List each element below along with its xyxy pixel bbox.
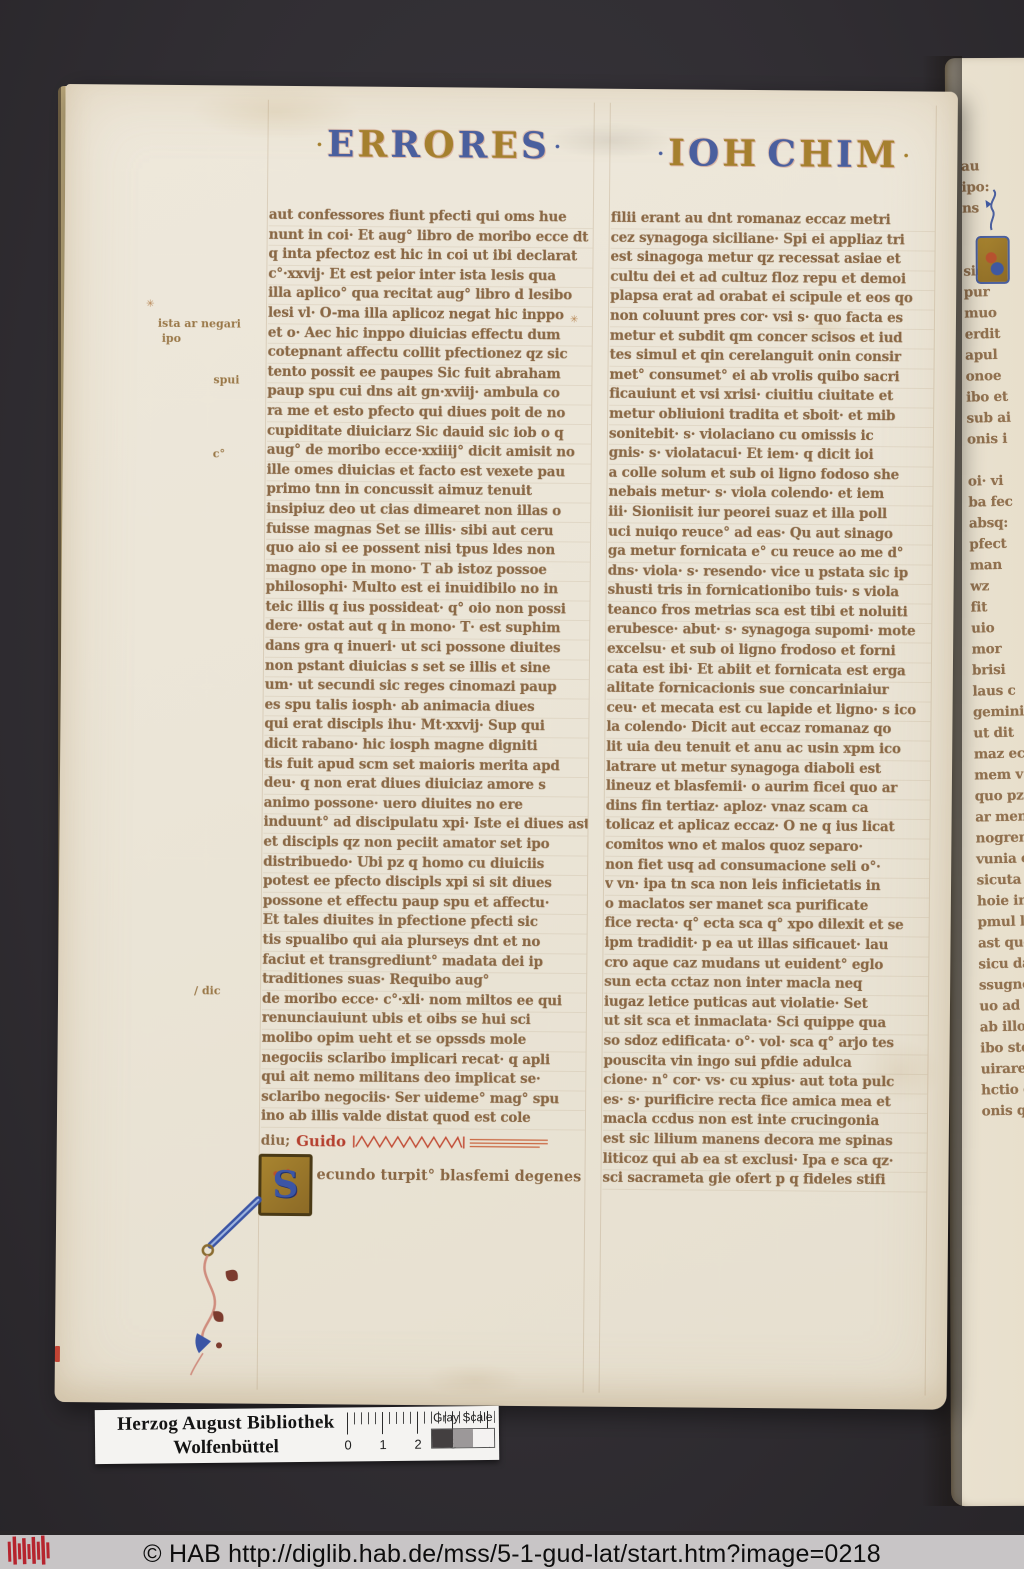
manuscript-line: nogreme [976, 827, 1024, 849]
margin-note: ipo [162, 332, 181, 345]
manuscript-line: onis i [967, 428, 1024, 450]
footer-bar: © HAB http://diglib.hab.de/mss/5-1-gud-l… [0, 1531, 1024, 1569]
manuscript-line: oi· vi [968, 470, 1024, 492]
header-letter: R [457, 124, 490, 166]
gray-swatch-mid [453, 1429, 474, 1447]
manuscript-line: quo pz ist [975, 785, 1024, 807]
manuscript-line: sicuta no [976, 869, 1024, 891]
header-word: IOH [668, 132, 760, 175]
header-letter: O [423, 124, 458, 166]
gray-swatch-dark [432, 1429, 453, 1447]
manuscript-line: man [970, 554, 1024, 576]
manuscript-line: gemini [973, 701, 1024, 723]
margin-note: spui [213, 373, 239, 386]
gray-scale-label: Gray Scale [431, 1410, 495, 1425]
manuscript-line: ipo: [961, 176, 1019, 198]
hab-barcode-logo [6, 1534, 53, 1568]
header-word: ERRORES [327, 123, 550, 167]
manuscript-line: brisi [972, 659, 1024, 681]
manuscript-line: absq: [969, 512, 1024, 534]
manuscript-line: muo [964, 302, 1022, 324]
penwork-dot: · [657, 141, 664, 165]
penwork-dot: · [903, 143, 910, 167]
header-letter: M [856, 134, 899, 176]
ruler-number: 2 [414, 1437, 421, 1452]
library-name: Herzog August Bibliothek Wolfenbüttel [103, 1410, 349, 1460]
margin-star-mark: ✳ [146, 299, 154, 310]
manuscript-line: uio [971, 617, 1024, 639]
header-letter: I [836, 134, 856, 176]
ruler-number: 0 [344, 1437, 351, 1452]
header-letter: R [390, 124, 423, 166]
left-text-column: aut confessores fiunt pfecti qui oms hue… [261, 207, 593, 1132]
scale-card: Herzog August Bibliothek Wolfenbüttel 0 … [95, 1406, 500, 1464]
penwork-dot: · [316, 132, 323, 156]
manuscript-line: ino ab illis valde distat quod est cole [261, 1108, 585, 1130]
rubric-guido: Guido [296, 1132, 346, 1150]
manuscript-line: pmul luc [977, 911, 1024, 933]
running-title-iohchim: · IOH CHIM · [683, 127, 883, 181]
manuscript-line: sub ai [966, 407, 1024, 429]
header-letter: O [688, 132, 723, 174]
header-letter: H [722, 133, 759, 175]
header-letter: R [357, 124, 390, 166]
manuscript-line: ssugno tei [979, 974, 1024, 996]
initial-line-text: ecundo turpit° blasfemi degenes [316, 1166, 581, 1185]
manuscript-line: sci sacrameta gie ofert p q fideles stif… [602, 1170, 926, 1192]
manuscript-line: uo ad frace [979, 995, 1024, 1017]
manuscript-line: ba fec [968, 491, 1024, 513]
manuscript-line: ut dit [973, 722, 1024, 744]
manuscript-line: au [961, 155, 1019, 177]
header-letter: C [767, 133, 799, 175]
manuscript-line: vunia cle [976, 848, 1024, 870]
manuscript-line: onis q in [981, 1100, 1024, 1122]
gray-scale-block: Gray Scale [431, 1410, 495, 1457]
manuscript-line: sicu dan [978, 953, 1024, 975]
running-title-errores: · ERRORES · [333, 118, 543, 172]
right-text-column: filii erant au dnt romanaz eccaz metrice… [602, 210, 935, 1193]
manuscript-line: ns [962, 197, 1020, 219]
guido-rubric-line: diu; Guido [261, 1131, 552, 1154]
initial-flourish-icon [173, 1193, 295, 1379]
penwork-dot: · [554, 134, 561, 158]
manuscript-line: uirares aut [981, 1058, 1024, 1080]
manuscript-line: ast que ea [978, 932, 1024, 954]
manuscript-line: pfect [969, 533, 1024, 555]
copyright-url: © HAB http://diglib.hab.de/mss/5-1-gud-l… [143, 1540, 881, 1569]
margin-note: / dic [194, 984, 221, 997]
manuscript-line: erdit [965, 323, 1023, 345]
manuscript-line: ibo steia leh [980, 1037, 1024, 1059]
manuscript-line: apul [965, 344, 1023, 366]
manuscript-line: onoe [965, 365, 1023, 387]
gray-scale-swatches [431, 1428, 495, 1449]
header-letter: S [521, 125, 550, 167]
red-bookmark-mark [55, 1346, 60, 1362]
margin-note: c° [213, 447, 225, 460]
line-filler-zigzag-icon [352, 1135, 552, 1151]
gray-swatch-light [473, 1429, 494, 1447]
manuscript-line: wz [970, 575, 1024, 597]
manuscript-line: fit [970, 596, 1024, 618]
manuscript-line: hoie ind [977, 890, 1024, 912]
margin-star-mark: ✳ [570, 314, 578, 325]
manuscript-line: mem v [974, 764, 1024, 786]
manuscript-line: mor [971, 638, 1024, 660]
side-decorated-initial [976, 236, 1010, 284]
header-letter: E [490, 125, 521, 167]
header-letter: H [799, 133, 836, 175]
manuscript-line: maz ecc [974, 743, 1024, 765]
header-word: CHIM [767, 133, 899, 176]
header-letter: I [668, 132, 688, 174]
line-prefix: diu; [261, 1133, 291, 1149]
manuscript-line: ibo et [966, 386, 1024, 408]
manuscript-line: hctio quia [981, 1079, 1024, 1101]
manuscript-line: pur [964, 281, 1022, 303]
manuscript-line [967, 449, 1024, 471]
manuscript-line: ab illo ad il [980, 1016, 1024, 1038]
manuscript-line: laus c [972, 680, 1024, 702]
library-name-line1: Herzog August Bibliothek [103, 1410, 349, 1437]
margin-note: ista ar negari [158, 317, 241, 331]
manuscript-page: · ERRORES · · IOH CHIM · aut confessores… [54, 84, 957, 1410]
manuscript-line: ar menu [975, 806, 1024, 828]
ruler-number: 1 [379, 1437, 386, 1452]
side-page-stack: auipo:nssicutpurmuoerditapulonoeibo etsu… [945, 58, 1024, 1506]
library-name-line2: Wolfenbüttel [103, 1434, 349, 1460]
side-page-text-column: auipo:nssicutpurmuoerditapulonoeibo etsu… [961, 155, 1024, 1122]
header-letter: E [327, 123, 358, 165]
digitized-manuscript-photo: { "colors":{"background":"#312e33","parc… [0, 0, 1024, 1569]
